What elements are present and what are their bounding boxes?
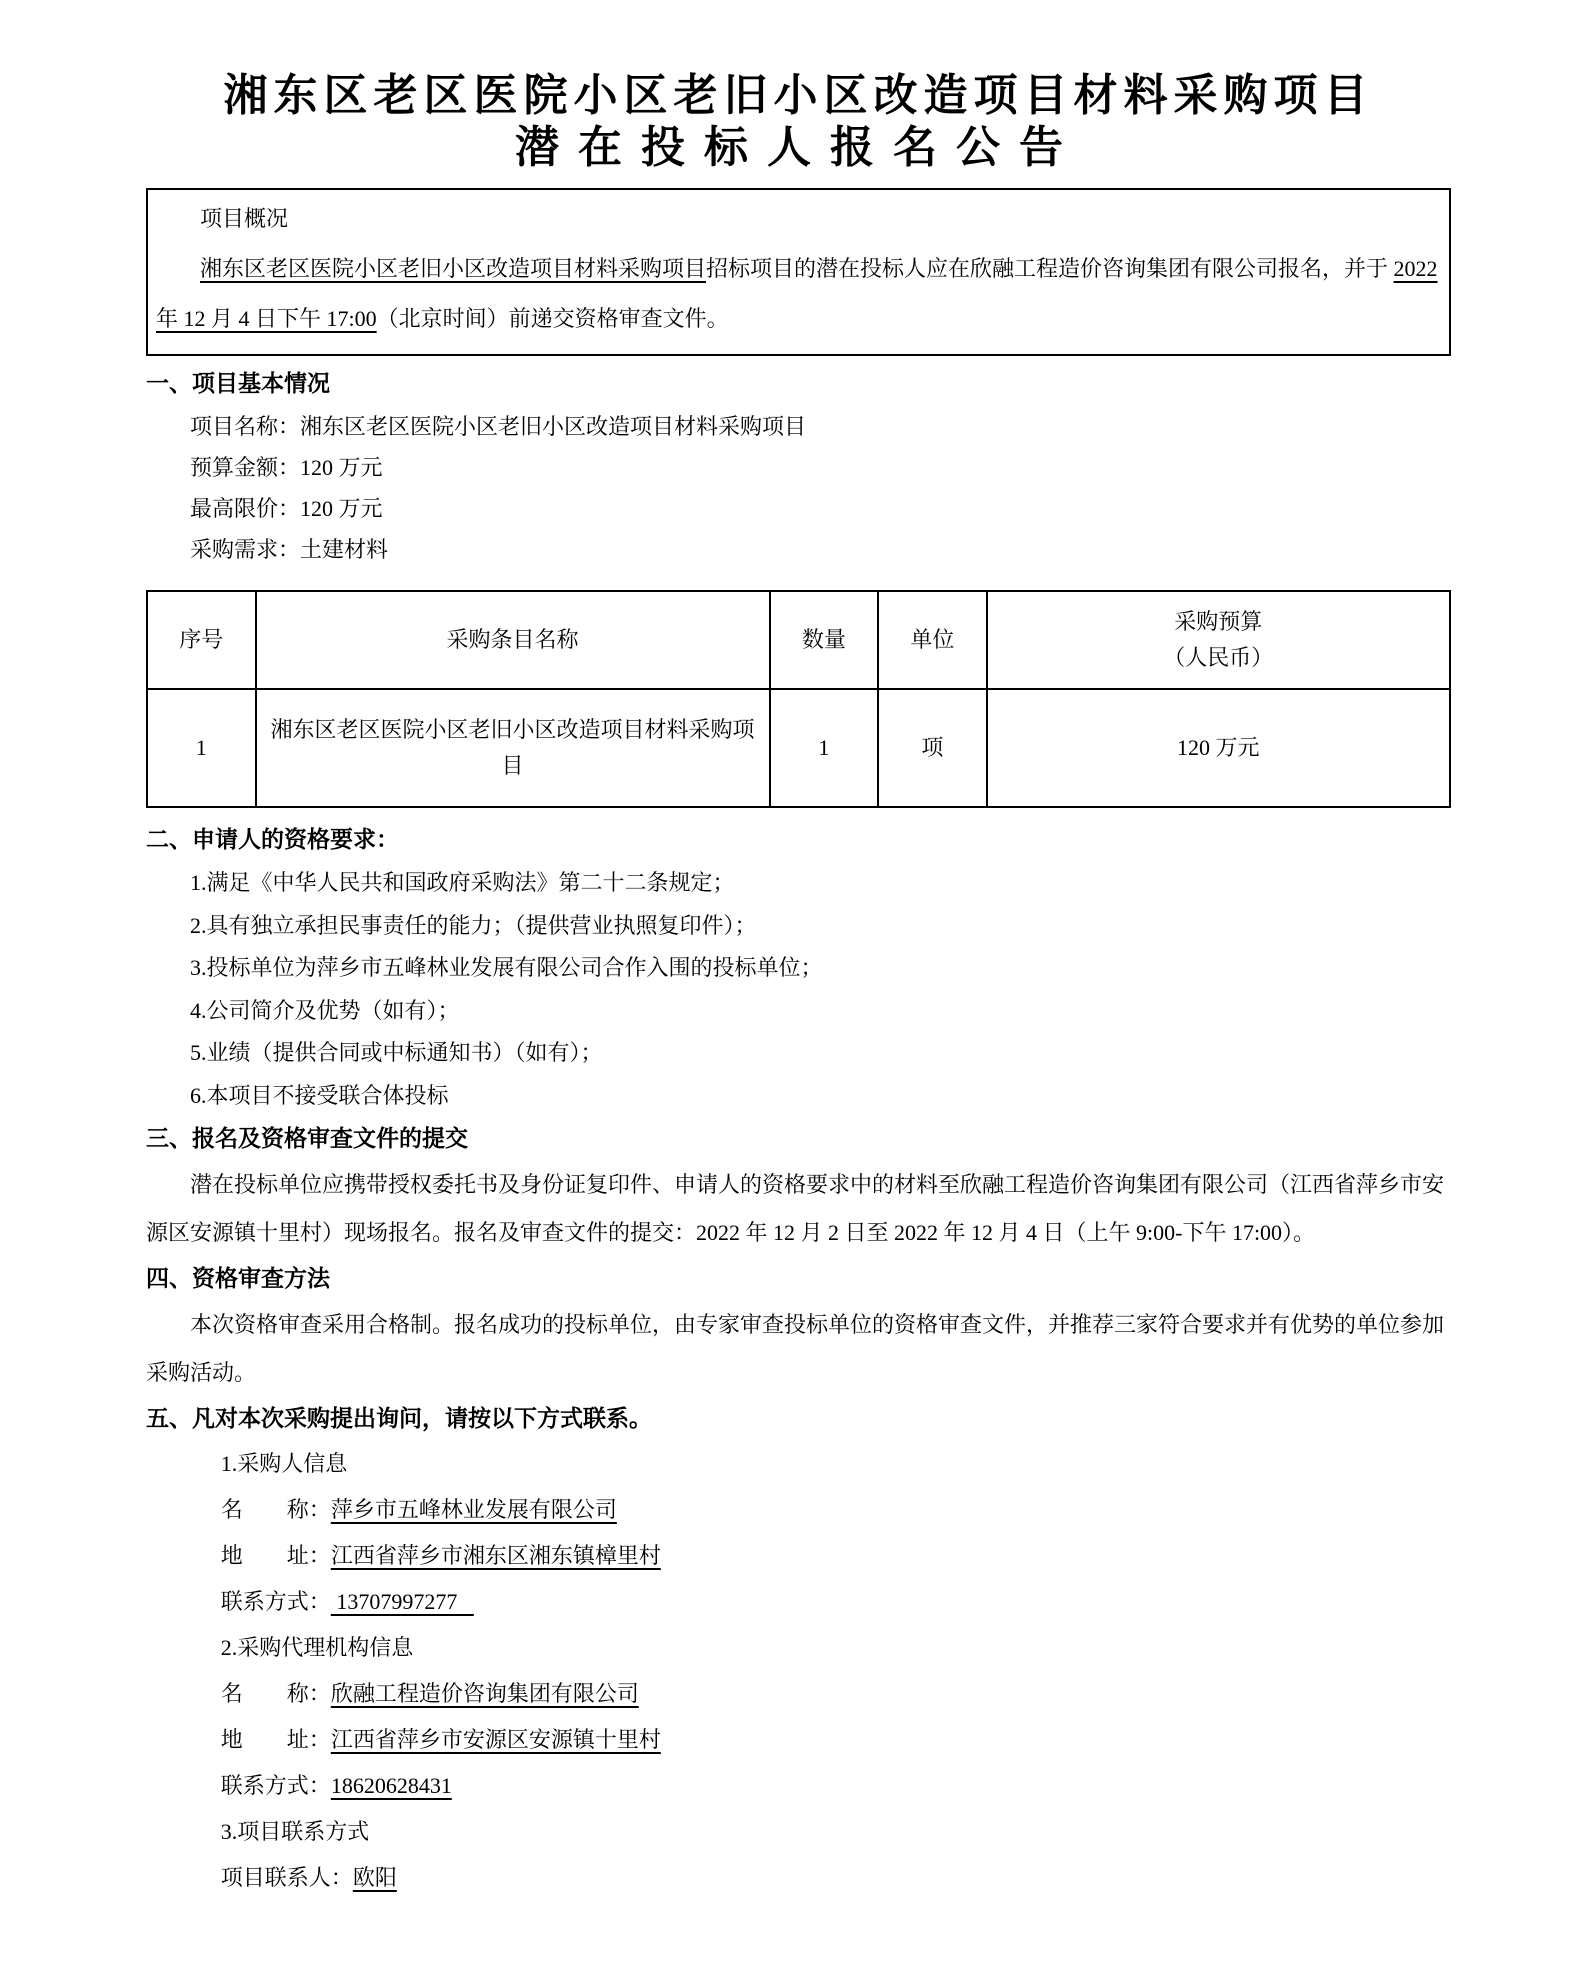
agency-phone-line: 联系方式：18620628431 xyxy=(146,1763,1451,1809)
document-title: 湘东区老区医院小区老旧小区改造项目材料采购项目 潜在投标人报名公告 xyxy=(146,70,1451,174)
header-budget-line-2: （人民币） xyxy=(994,640,1443,676)
qualification-item: 1.满足《中华人民共和国政府采购法》第二十二条规定； xyxy=(146,862,1451,905)
price-limit-line: 最高限价：120 万元 xyxy=(146,488,1451,529)
qualification-item: 6.本项目不接受联合体投标 xyxy=(146,1075,1451,1118)
qualification-item: 2.具有独立承担民事责任的能力；（提供营业执照复印件）； xyxy=(146,905,1451,948)
agency-address-value: 江西省萍乡市安源区安源镇十里村 xyxy=(331,1727,661,1752)
section-3-paragraph: 潜在投标单位应携带授权委托书及身份证复印件、申请人的资格要求中的材料至欣融工程造… xyxy=(146,1161,1451,1257)
header-quantity: 数量 xyxy=(770,591,879,689)
budget-amount-line: 预算金额：120 万元 xyxy=(146,447,1451,488)
project-contact-line: 项目联系人：欧阳 xyxy=(146,1855,1451,1901)
project-contact-value: 欧阳 xyxy=(353,1865,397,1890)
header-budget: 采购预算 （人民币） xyxy=(987,591,1450,689)
overview-text-1: 招标项目的潜在投标人应在欣融工程造价咨询集团有限公司报名，并于 xyxy=(706,256,1394,281)
title-line-1: 湘东区老区医院小区老旧小区改造项目材料采购项目 xyxy=(146,70,1451,122)
agency-phone-label: 联系方式： xyxy=(221,1773,331,1798)
purchaser-address-value: 江西省萍乡市湘东区湘东镇樟里村 xyxy=(331,1543,661,1568)
title-line-2: 潜在投标人报名公告 xyxy=(146,122,1451,174)
cell-seq-no: 1 xyxy=(147,689,256,807)
header-item-name: 采购条目名称 xyxy=(256,591,770,689)
overview-paragraph: 湘东区老区医院小区老旧小区改造项目材料采购项目招标项目的潜在投标人应在欣融工程造… xyxy=(156,244,1439,344)
cell-unit: 项 xyxy=(878,689,987,807)
section-1-heading: 一、项目基本情况 xyxy=(146,362,1451,406)
overview-project-name-underlined: 湘东区老区医院小区老旧小区改造项目材料采购项目 xyxy=(200,256,706,281)
purchaser-phone-line: 联系方式： 13707997277 xyxy=(146,1579,1451,1625)
section-4-paragraph: 本次资格审查采用合格制。报名成功的投标单位，由专家审查投标单位的资格审查文件，并… xyxy=(146,1301,1451,1397)
purchaser-name-value: 萍乡市五峰林业发展有限公司 xyxy=(331,1497,617,1522)
qualification-item: 5.业绩（提供合同或中标通知书）（如有）； xyxy=(146,1032,1451,1075)
agency-address-line: 地 址：江西省萍乡市安源区安源镇十里村 xyxy=(146,1717,1451,1763)
header-seq-no: 序号 xyxy=(147,591,256,689)
purchaser-phone-label: 联系方式： xyxy=(221,1589,331,1614)
agency-name-line: 名 称：欣融工程造价咨询集团有限公司 xyxy=(146,1671,1451,1717)
qualification-item: 3.投标单位为萍乡市五峰林业发展有限公司合作入围的投标单位； xyxy=(146,947,1451,990)
section-2-heading: 二、申请人的资格要求： xyxy=(146,818,1451,862)
agency-info-title: 2.采购代理机构信息 xyxy=(146,1625,1451,1671)
overview-heading: 项目概况 xyxy=(156,194,1439,244)
project-contact-label: 项目联系人： xyxy=(221,1865,353,1890)
agency-address-label: 地 址： xyxy=(221,1727,331,1752)
section-3-heading: 三、报名及资格审查文件的提交 xyxy=(146,1117,1451,1161)
agency-phone-value: 18620628431 xyxy=(331,1773,452,1798)
agency-name-label: 名 称： xyxy=(221,1681,331,1706)
cell-item-name: 湘东区老区医院小区老旧小区改造项目材料采购项目 xyxy=(256,689,770,807)
project-overview-box: 项目概况 湘东区老区医院小区老旧小区改造项目材料采购项目招标项目的潜在投标人应在… xyxy=(146,188,1451,356)
purchaser-phone-value: 13707997277 xyxy=(331,1589,474,1614)
purchaser-name-label: 名 称： xyxy=(221,1497,331,1522)
procurement-table: 序号 采购条目名称 数量 单位 采购预算 （人民币） 1 湘东区老区医院小区老旧… xyxy=(146,590,1451,808)
cell-quantity: 1 xyxy=(770,689,879,807)
section-4-heading: 四、资格审查方法 xyxy=(146,1257,1451,1301)
section-5-heading: 五、凡对本次采购提出询问，请按以下方式联系。 xyxy=(146,1397,1451,1441)
table-row: 1 湘东区老区医院小区老旧小区改造项目材料采购项目 1 项 120 万元 xyxy=(147,689,1450,807)
purchaser-name-line: 名 称：萍乡市五峰林业发展有限公司 xyxy=(146,1487,1451,1533)
cell-budget: 120 万元 xyxy=(987,689,1450,807)
overview-text-2: （北京时间）前递交资格审查文件。 xyxy=(377,306,729,331)
project-name-line: 项目名称：湘东区老区医院小区老旧小区改造项目材料采购项目 xyxy=(146,406,1451,447)
project-contact-title: 3.项目联系方式 xyxy=(146,1809,1451,1855)
qualification-item: 4.公司简介及优势（如有）； xyxy=(146,990,1451,1033)
purchaser-address-line: 地 址：江西省萍乡市湘东区湘东镇樟里村 xyxy=(146,1533,1451,1579)
agency-name-value: 欣融工程造价咨询集团有限公司 xyxy=(331,1681,639,1706)
table-header-row: 序号 采购条目名称 数量 单位 采购预算 （人民币） xyxy=(147,591,1450,689)
header-budget-line-1: 采购预算 xyxy=(994,604,1443,640)
purchaser-address-label: 地 址： xyxy=(221,1543,331,1568)
document-page: 湘东区老区医院小区老旧小区改造项目材料采购项目 潜在投标人报名公告 项目概况 湘… xyxy=(0,0,1587,1988)
header-unit: 单位 xyxy=(878,591,987,689)
procurement-need-line: 采购需求：土建材料 xyxy=(146,529,1451,570)
purchaser-info-title: 1.采购人信息 xyxy=(146,1441,1451,1487)
